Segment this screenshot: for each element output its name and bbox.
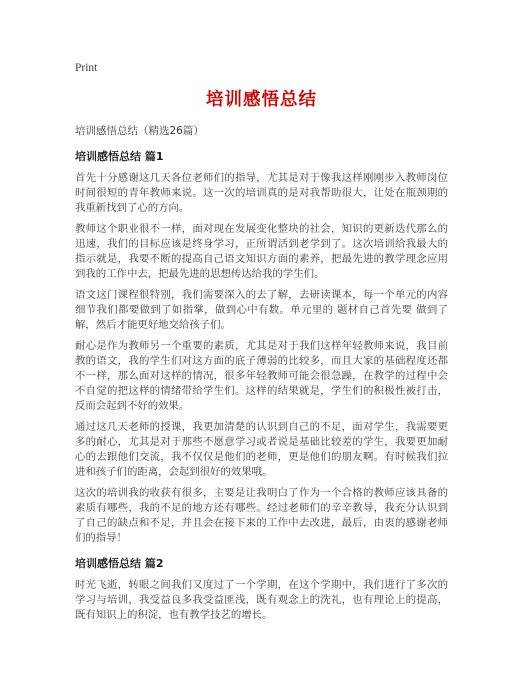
page-title: 培训感悟总结 — [75, 88, 448, 112]
document-page: Print 培训感悟总结 培训感悟总结（精选26篇） 培训感悟总结 篇1 首先十… — [0, 0, 520, 673]
section-heading-1: 培训感悟总结 篇1 — [75, 149, 448, 164]
paragraph: 通过这几天老师的授课，我更加清楚的认识到自己的不足，面对学生，我需要更多的耐心，… — [75, 420, 448, 480]
paragraph: 语文这门课程很特别，我们需要深入的去了解，去研读课本，每一个单元的内容细节我们都… — [75, 288, 448, 333]
section-heading-2: 培训感悟总结 篇2 — [75, 556, 448, 571]
paragraph: 教师这个职业很不一样，面对现在发展变化整块的社会，知识的更新迭代那么的迅速，我们… — [75, 222, 448, 282]
print-link[interactable]: Print — [75, 62, 97, 74]
doc-subtitle: 培训感悟总结（精选26篇） — [75, 124, 448, 139]
paragraph: 这次的培训我的收获有很多，主要是让我明白了作为一个合格的教师应该具备的素质有哪些… — [75, 486, 448, 546]
paragraph: 首先十分感谢这几天各位老师们的指导，尤其是对于像我这样刚刚步入教师岗位时间很短的… — [75, 171, 448, 216]
paragraph: 耐心是作为教师另一个重要的素质，尤其是对于我们这样年轻教师来说，我目前教的语文，… — [75, 339, 448, 414]
paragraph: 时光飞逝，转眼之间我们又度过了一个学期，在这个学期中，我们进行了多次的学习与培训… — [75, 578, 448, 623]
